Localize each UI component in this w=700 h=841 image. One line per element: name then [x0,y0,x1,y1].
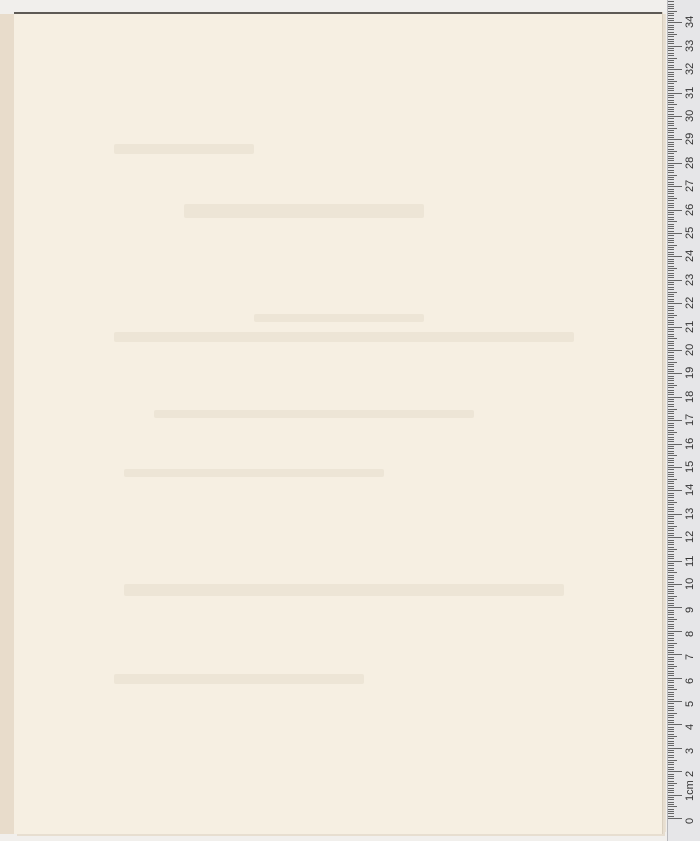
ruler-label: 7 [684,654,696,660]
ruler-label: 30 [684,110,696,122]
show-through-text [114,674,364,684]
ruler-tick [668,568,674,569]
ruler-label: 26 [684,203,696,215]
ruler-tick [668,689,677,690]
ruler-tick [668,385,677,386]
ruler-tick [668,261,674,262]
ruler-tick [668,682,674,683]
ruler-tick [668,41,674,42]
ruler-tick [668,731,674,732]
ruler-tick [668,481,674,482]
ruler-tick [668,717,674,718]
ruler-tick [668,338,677,339]
ruler-tick [668,46,682,47]
ruler-tick [668,813,674,814]
ruler-label: 4 [684,724,696,730]
ruler-tick [668,153,674,154]
ruler-tick [668,81,677,82]
ruler-tick [668,643,677,644]
ruler-tick [668,48,674,49]
ruler-tick [668,488,674,489]
ruler-tick [668,69,682,70]
ruler-tick [668,411,674,412]
ruler-tick [668,268,677,269]
ruler-tick [668,139,682,140]
ruler-tick [668,764,674,765]
ruler-label: 3 [684,748,696,754]
ruler-tick [668,343,674,344]
ruler-label: 12 [684,531,696,543]
ruler-tick [668,614,674,615]
ruler-tick [668,1,674,2]
ruler-tick [668,306,674,307]
ruler-tick [668,624,674,625]
ruler-tick [668,586,674,587]
ruler-tick [668,53,674,54]
ruler-tick [668,303,682,304]
ruler-tick [668,104,677,105]
ruler-label: 11 [684,555,696,566]
ruler-tick [668,738,674,739]
ruler-tick [668,598,674,599]
ruler-tick [668,423,674,424]
ruler-tick [668,774,674,775]
ruler-tick [668,25,674,26]
ruler-tick [668,811,674,812]
ruler-tick [668,554,674,555]
ruler-tick [668,74,674,75]
ruler-label: 15 [684,461,696,473]
ruler-tick [668,334,674,335]
ruler-tick [668,184,674,185]
ruler-tick [668,518,674,519]
ruler-tick [668,434,674,435]
ruler-tick [668,652,674,653]
ruler-tick [668,350,682,351]
ruler-tick [668,558,674,559]
ruler-tick [668,116,682,117]
ruler-tick [668,390,674,391]
ruler-tick [668,713,677,714]
ruler-tick [668,425,674,426]
ruler-tick [668,200,674,201]
ruler-tick [668,752,674,753]
ruler-tick [668,352,674,353]
ruler-tick [668,668,674,669]
ruler-tick [668,111,674,112]
ruler-tick [668,359,674,360]
ruler-tick [668,661,674,662]
ruler-tick [668,760,677,761]
ruler-tick [668,151,677,152]
ruler-tick [668,205,674,206]
ruler-tick [668,135,674,136]
ruler-tick [668,589,674,590]
ruler-tick [668,175,677,176]
ruler-tick [668,486,674,487]
ruler-tick [668,526,677,527]
ruler-tick [668,579,674,580]
ruler-tick [668,771,682,772]
ruler-tick [668,366,674,367]
ruler-tick [668,458,674,459]
ruler-tick [668,785,674,786]
ruler-tick [668,193,674,194]
ruler-tick [668,397,682,398]
ruler-tick [668,762,674,763]
show-through-text [154,410,474,418]
ruler-tick [668,692,674,693]
ruler-tick [668,657,674,658]
ruler-tick [668,549,677,550]
ruler-tick [668,715,674,716]
ruler-tick [668,369,674,370]
ruler-tick [668,788,674,789]
ruler-label: 1cm [684,780,696,801]
ruler-label: 29 [684,133,696,145]
ruler-tick [668,100,674,101]
ruler-tick [668,296,674,297]
ruler-tick [668,60,674,61]
ruler-tick [668,420,682,421]
ruler-tick [668,11,677,12]
ruler-tick [668,509,674,510]
ruler-tick [668,542,674,543]
ruler-tick [668,29,674,30]
ruler-tick [668,722,674,723]
ruler-tick [668,699,674,700]
show-through-text [124,584,564,596]
ruler-tick [668,563,674,564]
ruler-tick [668,86,674,87]
ruler-tick [668,146,674,147]
ruler-tick [668,741,674,742]
ruler-tick [668,247,674,248]
ruler-tick [668,479,677,480]
ruler-tick [668,109,674,110]
ruler-tick [668,603,674,604]
ruler-label: 19 [684,367,696,379]
ruler-tick [668,809,674,810]
ruler-tick [668,528,674,529]
ruler-tick [668,703,674,704]
ruler-tick [668,584,682,585]
ruler-tick [668,645,674,646]
ruler-tick [668,776,674,777]
ruler-tick [668,575,674,576]
ruler-tick [668,149,674,150]
ruler-tick [668,373,682,374]
blank-page [14,12,662,834]
ruler-tick [668,357,674,358]
ruler-tick [668,79,674,80]
ruler-tick [668,647,674,648]
ruler-tick [668,416,674,417]
ruler-tick [668,659,674,660]
ruler-tick [668,263,674,264]
ruler-tick [668,144,674,145]
ruler-label: 20 [684,344,696,356]
ruler-tick [668,804,674,805]
ruler-tick [668,156,674,157]
ruler-tick [668,792,674,793]
ruler-tick [668,383,674,384]
ruler-tick [668,514,682,515]
ruler-tick [668,650,674,651]
ruler-tick [668,640,674,641]
ruler-label: 21 [684,320,696,332]
ruler-tick [668,743,674,744]
ruler-tick [668,214,674,215]
ruler-tick [668,310,674,311]
ruler-tick [668,565,674,566]
ruler-tick [668,121,674,122]
ruler-tick [668,65,674,66]
ruler-tick [668,404,674,405]
ruler-tick [668,799,674,800]
ruler-tick [668,462,674,463]
ruler-tick [668,125,674,126]
ruler-tick [668,767,674,768]
ruler-tick [668,406,674,407]
ruler-tick [668,490,682,491]
ruler-tick [668,376,674,377]
ruler-tick [668,437,674,438]
ruler-tick [668,561,682,562]
ruler-tick [668,320,674,321]
ruler-tick [668,593,674,594]
ruler-tick [668,591,674,592]
ruler-tick [668,27,674,28]
ruler-label: 2 [684,771,696,777]
ruler-tick [668,32,674,33]
ruler-tick [668,163,682,164]
ruler-tick [668,226,674,227]
ruler-tick [668,444,682,445]
ruler-tick [668,348,674,349]
show-through-text [114,332,574,342]
ruler-tick [668,577,674,578]
ruler-tick [668,329,674,330]
ruler-tick [668,317,674,318]
ruler-tick [668,633,674,634]
ruler-tick [668,736,677,737]
ruler-tick [668,596,677,597]
ruler-tick [668,635,674,636]
ruler-tick [668,50,674,51]
ruler-tick [668,757,674,758]
ruler-tick [668,266,674,267]
ruler-tick [668,13,674,14]
ruler-tick [668,418,674,419]
ruler-label: 23 [684,274,696,286]
ruler-label: 27 [684,180,696,192]
ruler-tick [668,207,674,208]
ruler-tick [668,235,674,236]
ruler-tick [668,355,674,356]
ruler-tick [668,507,674,508]
ruler-tick [668,446,674,447]
ruler-tick [668,502,677,503]
ruler-tick [668,256,682,257]
ruler-tick [668,18,674,19]
ruler-tick [668,83,674,84]
ruler-tick [668,252,674,253]
ruler-tick [668,769,674,770]
ruler-tick [668,182,674,183]
ruler-tick [668,495,674,496]
ruler-tick [668,36,674,37]
ruler-tick [668,158,674,159]
ruler-tick [668,324,674,325]
ruler-tick [668,497,674,498]
ruler-tick [668,327,682,328]
ruler-tick [668,701,682,702]
ruler-tick [668,287,674,288]
ruler-tick [668,167,674,168]
ruler-tick [668,802,674,803]
ruler-tick [668,107,674,108]
ruler-tick [668,172,674,173]
ruler-tick [668,301,674,302]
ruler-tick [668,331,674,332]
ruler-tick [668,795,682,796]
ruler-tick [668,696,674,697]
ruler-tick [668,430,674,431]
ruler-tick [668,493,674,494]
ruler-tick [668,504,674,505]
ruler-tick [668,626,674,627]
ruler-tick [668,394,674,395]
ruler-tick [668,179,674,180]
ruler-tick [668,308,674,309]
show-through-text [114,144,254,154]
ruler-tick [668,210,682,211]
ruler-tick [668,607,682,608]
ruler-tick [668,474,674,475]
ruler-tick [668,189,674,190]
ruler-tick [668,483,674,484]
ruler-tick [668,160,674,161]
ruler-tick [668,43,674,44]
ruler-label: 14 [684,484,696,496]
ruler-tick [668,734,674,735]
ruler-tick [668,345,674,346]
ruler-label: 8 [684,631,696,637]
ruler-tick [668,469,674,470]
ruler-tick [668,673,674,674]
ruler-tick [668,439,674,440]
ruler-tick [668,621,674,622]
ruler-tick [668,273,674,274]
ruler-label: 31 [684,86,696,98]
ruler-tick [668,93,682,94]
ruler-tick [668,364,674,365]
ruler-tick [668,687,674,688]
ruler-tick [668,95,674,96]
ruler-tick [668,62,674,63]
ruler-tick [668,280,682,281]
ruler-tick [668,535,674,536]
ruler-tick [668,22,682,23]
ruler-tick [668,170,674,171]
ruler-tick [668,203,674,204]
ruler-tick [668,245,677,246]
ruler-tick [668,142,674,143]
ruler-tick [668,467,682,468]
ruler-label: 33 [684,40,696,52]
ruler-tick [668,165,674,166]
show-through-text [184,204,424,218]
ruler-tick [668,818,682,819]
ruler-tick [668,123,674,124]
ruler-tick [668,521,674,522]
ruler-tick [668,20,674,21]
ruler-tick [668,745,674,746]
ruler-label: 22 [684,297,696,309]
ruler-tick [668,76,674,77]
ruler-tick [668,720,674,721]
ruler-tick [668,710,674,711]
ruler-tick [668,666,677,667]
ruler-tick [668,727,674,728]
ruler-tick [668,781,674,782]
ruler-tick [668,313,674,314]
ruler-tick [668,409,677,410]
ruler-tick [668,448,674,449]
ruler-tick [668,371,674,372]
show-through-text [254,314,424,322]
ruler-tick [668,790,674,791]
ruler-tick [668,282,674,283]
ruler-tick [668,628,674,629]
ruler-tick [668,242,674,243]
ruler-label: 10 [684,578,696,590]
ruler-tick [668,441,674,442]
ruler-tick [668,198,677,199]
ruler-tick [668,212,674,213]
ruler-tick [668,556,674,557]
ruler-tick [668,392,674,393]
ruler-tick [668,708,674,709]
ruler-tick [668,90,674,91]
ruler-label: 25 [684,227,696,239]
ruler-tick [668,685,674,686]
ruler-label: 28 [684,157,696,169]
ruler-label: 5 [684,701,696,707]
ruler-tick [668,240,674,241]
ruler-tick [668,336,674,337]
ruler-tick [668,750,674,751]
ruler-tick [668,605,674,606]
ruler-tick [668,177,674,178]
ruler-label: 18 [684,391,696,403]
ruler-tick [668,500,674,501]
ruler-tick [668,612,674,613]
ruler-tick [668,453,674,454]
ruler-tick [668,322,674,323]
ruler-tick [668,678,682,679]
ruler-tick [668,617,674,618]
ruler-tick [668,228,674,229]
ruler-tick [668,34,677,35]
ruler-tick [668,299,674,300]
ruler-tick [668,537,682,538]
ruler-tick [668,511,674,512]
ruler-tick [668,680,674,681]
ruler-tick [668,55,674,56]
ruler-tick [668,362,677,363]
